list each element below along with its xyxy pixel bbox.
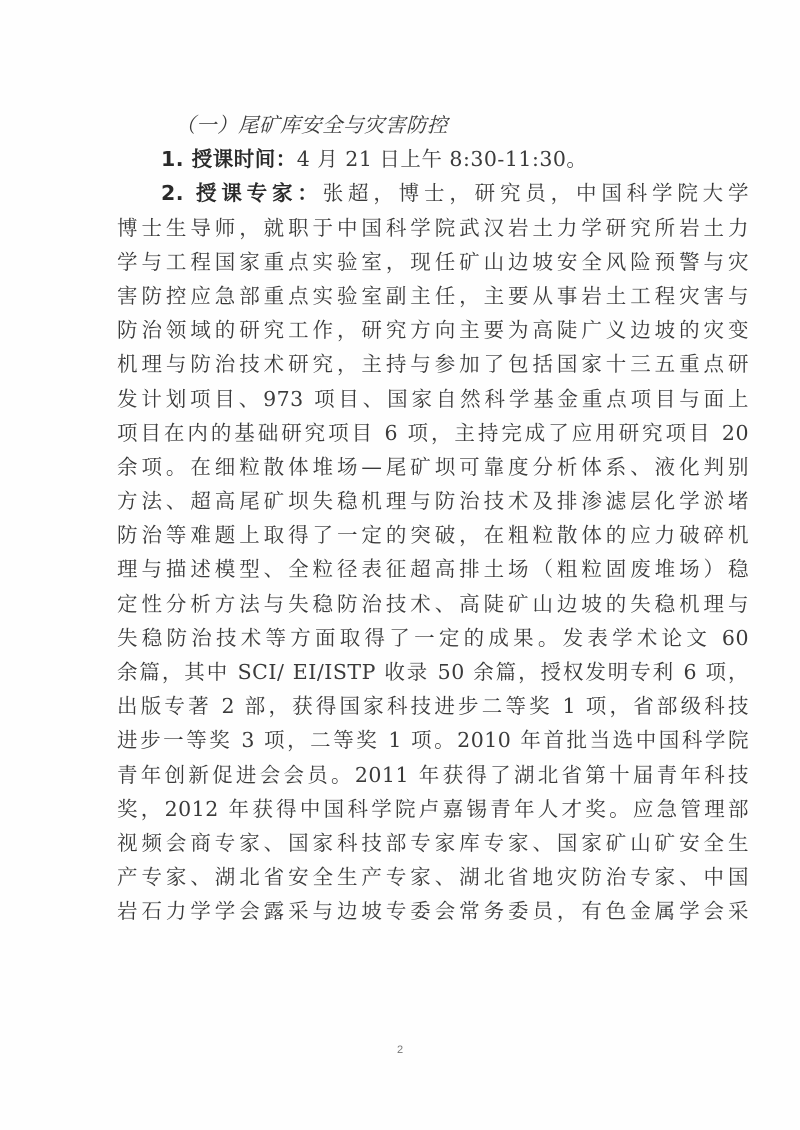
lecture-expert-item: 2. 授课专家：张超，博士，研究员，中国科学院大学 xyxy=(117,176,749,210)
page-number: 2 xyxy=(390,1044,410,1056)
bio-line: 害防控应急部重点实验室副主任，主要从事岩土工程灾害与 xyxy=(117,279,749,313)
expert-bio-paragraph: 博士生导师，就职于中国科学院武汉岩土力学研究所岩土力 学与工程国家重点实验室，现… xyxy=(117,211,749,929)
bio-line: 余篇，其中 SCI/ EI/ISTP 收录 50 余篇，授权发明专利 6 项， xyxy=(117,655,749,689)
bio-line: 出版专著 2 部，获得国家科技进步二等奖 1 项，省部级科技 xyxy=(117,689,749,723)
bio-line: 产专家、湖北省安全生产专家、湖北省地灾防治专家、中国 xyxy=(117,860,749,894)
lecture-expert-intro: 张超，博士，研究员，中国科学院大学 xyxy=(323,181,749,205)
bio-line: 奖，2012 年获得中国科学院卢嘉锡青年人才奖。应急管理部 xyxy=(117,792,749,826)
bio-line: 发计划项目、973 项目、国家自然科学基金重点项目与面上 xyxy=(117,382,749,416)
lecture-time-label: 1. 授课时间： xyxy=(161,147,297,171)
bio-line: 视频会商专家、国家科技部专家库专家、国家矿山矿安全生 xyxy=(117,826,749,860)
bio-line: 余项。在细粒散体堆场—尾矿坝可靠度分析体系、液化判别 xyxy=(117,450,749,484)
bio-line: 青年创新促进会会员。2011 年获得了湖北省第十届青年科技 xyxy=(117,758,749,792)
bio-line: 方法、超高尾矿坝失稳机理与防治技术及排渗滤层化学淤堵 xyxy=(117,484,749,518)
document-page: （一）尾矿库安全与灾害防控 1. 授课时间：4 月 21 日上午 8:30-11… xyxy=(0,0,800,1130)
bio-line: 学与工程国家重点实验室，现任矿山边坡安全风险预警与灾 xyxy=(117,245,749,279)
bio-line: 进步一等奖 3 项，二等奖 1 项。2010 年首批当选中国科学院 xyxy=(117,723,749,757)
bio-line: 定性分析方法与失稳防治技术、高陡矿山边坡的失稳机理与 xyxy=(117,587,749,621)
bio-line: 机理与防治技术研究，主持与参加了包括国家十三五重点研 xyxy=(117,347,749,381)
bio-line: 失稳防治技术等方面取得了一定的成果。发表学术论文 60 xyxy=(117,621,749,655)
lecture-expert-label: 2. 授课专家： xyxy=(161,181,323,205)
bio-line: 理与描述模型、全粒径表征超高排土场（粗粒固废堆场）稳 xyxy=(117,552,749,586)
bio-line: 防治等难题上取得了一定的突破，在粗粒散体的应力破碎机 xyxy=(117,518,749,552)
bio-line: 岩石力学学会露采与边坡专委会常务委员，有色金属学会采 xyxy=(117,894,749,928)
bio-line: 防治领域的研究工作，研究方向主要为高陡广义边坡的灾变 xyxy=(117,313,749,347)
document-body: （一）尾矿库安全与灾害防控 1. 授课时间：4 月 21 日上午 8:30-11… xyxy=(117,108,749,929)
bio-line: 项目在内的基础研究项目 6 项，主持完成了应用研究项目 20 xyxy=(117,416,749,450)
lecture-time-value: 4 月 21 日上午 8:30-11:30。 xyxy=(297,147,588,171)
section-heading: （一）尾矿库安全与灾害防控 xyxy=(117,108,749,142)
bio-line: 博士生导师，就职于中国科学院武汉岩土力学研究所岩土力 xyxy=(117,211,749,245)
lecture-time-item: 1. 授课时间：4 月 21 日上午 8:30-11:30。 xyxy=(117,142,749,176)
